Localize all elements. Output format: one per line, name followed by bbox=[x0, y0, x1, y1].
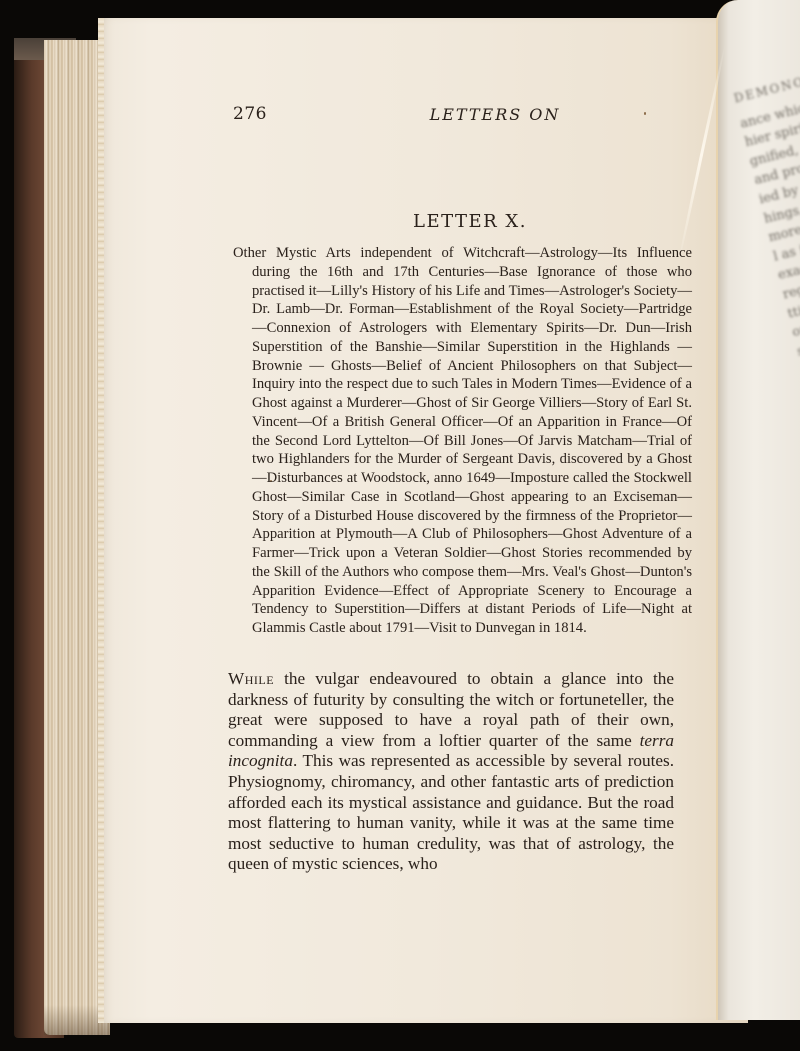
facing-page-text-blurred: DEMONOLOGY ANDance which hehier spirits,… bbox=[732, 42, 800, 800]
body-paragraph: While the vulgar endeavoured to obtain a… bbox=[228, 669, 674, 875]
body-text-part-1: the vulgar endeavoured to obtain a glanc… bbox=[228, 669, 674, 750]
chapter-heading: LETTER X. bbox=[233, 211, 677, 232]
opening-word-small-caps: While bbox=[228, 669, 274, 688]
chapter-synopsis: Other Mystic Arts independent of Witchcr… bbox=[233, 244, 692, 638]
book-page-right-facing: DEMONOLOGY ANDance which hehier spirits,… bbox=[716, 0, 800, 1020]
facing-page-line: DEMONOLOGY AND bbox=[732, 42, 800, 109]
running-title: LETTERS ON bbox=[233, 105, 677, 124]
running-head: 276 LETTERS ON bbox=[233, 104, 677, 128]
body-text-part-2: . This was represented as accessible by … bbox=[228, 751, 674, 873]
